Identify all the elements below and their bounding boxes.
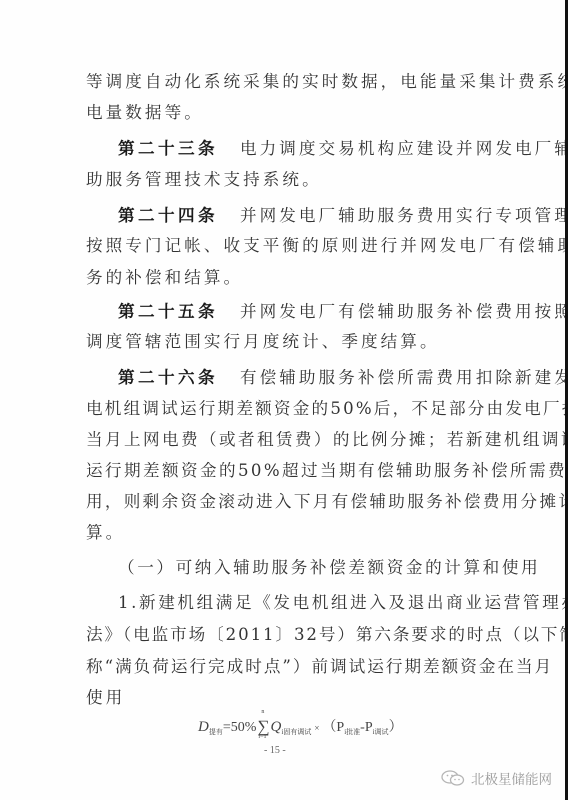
sum-lower: i=1 xyxy=(258,734,266,740)
article-heading: 第二十五条 xyxy=(118,301,218,321)
text-line: 使用 xyxy=(86,683,486,713)
text-line: 用，则剩余资金滚动进入下月有偿辅助服务补偿费用分摊计 xyxy=(86,487,486,517)
article-heading: 第二十六条 xyxy=(118,367,218,387)
article-heading: 第二十三条 xyxy=(118,138,218,158)
text-line: 务的补偿和结算。 xyxy=(86,263,486,293)
text-line: 称“满负荷运行完成时点”）前调试运行期差额资金在当月 xyxy=(86,652,486,682)
formula-p2-sub: i调试 xyxy=(373,728,389,736)
article-text: 有偿辅助服务补偿所需费用扣除新建发 xyxy=(240,368,568,387)
formula-q-sub: i固有调试 xyxy=(281,728,311,736)
formula-lhs: D xyxy=(198,719,209,735)
formula-times: × xyxy=(314,723,319,733)
watermark-text: 北极星储能网 xyxy=(471,768,552,788)
article-24: 第二十四条并网发电厂辅助服务费用实行专项管理， xyxy=(118,200,518,230)
text-line: 运行期差额资金的50%超过当期有偿辅助服务补偿所需费 xyxy=(86,456,486,486)
text-line: 电量数据等。 xyxy=(86,98,486,128)
formula: D提有=50%∑ni=1Qi固有调试×（Pi批准-Pi调试） xyxy=(198,716,403,752)
text-line: 当月上网电费（或者租赁费）的比例分摊；若新建机组调试 xyxy=(86,425,486,455)
article-25: 第二十五条并网发电厂有偿辅助服务补偿费用按照 xyxy=(118,296,518,326)
text-line: 1.新建机组满足《发电机组进入及退出商业运营管理办 xyxy=(118,588,518,618)
text-line: 算。 xyxy=(86,518,486,548)
wechat-icon xyxy=(440,769,466,787)
article-23: 第二十三条电力调度交易机构应建设并网发电厂辅 xyxy=(118,133,518,163)
formula-close: ） xyxy=(389,720,403,735)
formula-equals: =50% xyxy=(223,720,257,735)
watermark: 北极星储能网 xyxy=(440,766,552,790)
article-26: 第二十六条有偿辅助服务补偿所需费用扣除新建发 xyxy=(118,362,518,392)
formula-lhs-sub: 提有 xyxy=(209,728,223,736)
text-line: 助服务管理技术支持系统。 xyxy=(86,165,486,195)
text-line: 调度管辖范围实行月度统计、季度结算。 xyxy=(86,327,486,357)
text-line: 法》（电监市场〔2011〕32号）第六条要求的时点（以下简 xyxy=(86,620,486,650)
formula-p1-sub: i批准 xyxy=(344,728,360,736)
article-text: 并网发电厂辅助服务费用实行专项管理， xyxy=(240,206,568,225)
article-text: 电力调度交易机构应建设并网发电厂辅 xyxy=(240,139,568,158)
article-text: 并网发电厂有偿辅助服务补偿费用按照 xyxy=(240,302,568,321)
sum-symbol: ∑ni=1 xyxy=(257,717,269,737)
formula-p2: -P xyxy=(360,720,372,735)
formula-p1: （P xyxy=(322,720,344,735)
text-line: 等调度自动化系统采集的实时数据，电能量采集计费系统的 xyxy=(86,67,486,97)
page-number: - 15 - xyxy=(264,745,286,756)
text-line: 电机组调试运行期差额资金的50%后，不足部分由发电厂按 xyxy=(86,394,486,424)
formula-q: Q xyxy=(271,719,282,735)
section-heading: （一）可纳入辅助服务补偿差额资金的计算和使用 xyxy=(118,553,518,583)
sum-upper: n xyxy=(261,709,264,715)
document-page: 等调度自动化系统采集的实时数据，电能量采集计费系统的 电量数据等。 第二十三条电… xyxy=(0,0,565,800)
article-heading: 第二十四条 xyxy=(118,205,218,225)
text-line: 按照专门记帐、收支平衡的原则进行并网发电厂有偿辅助服 xyxy=(86,231,486,261)
